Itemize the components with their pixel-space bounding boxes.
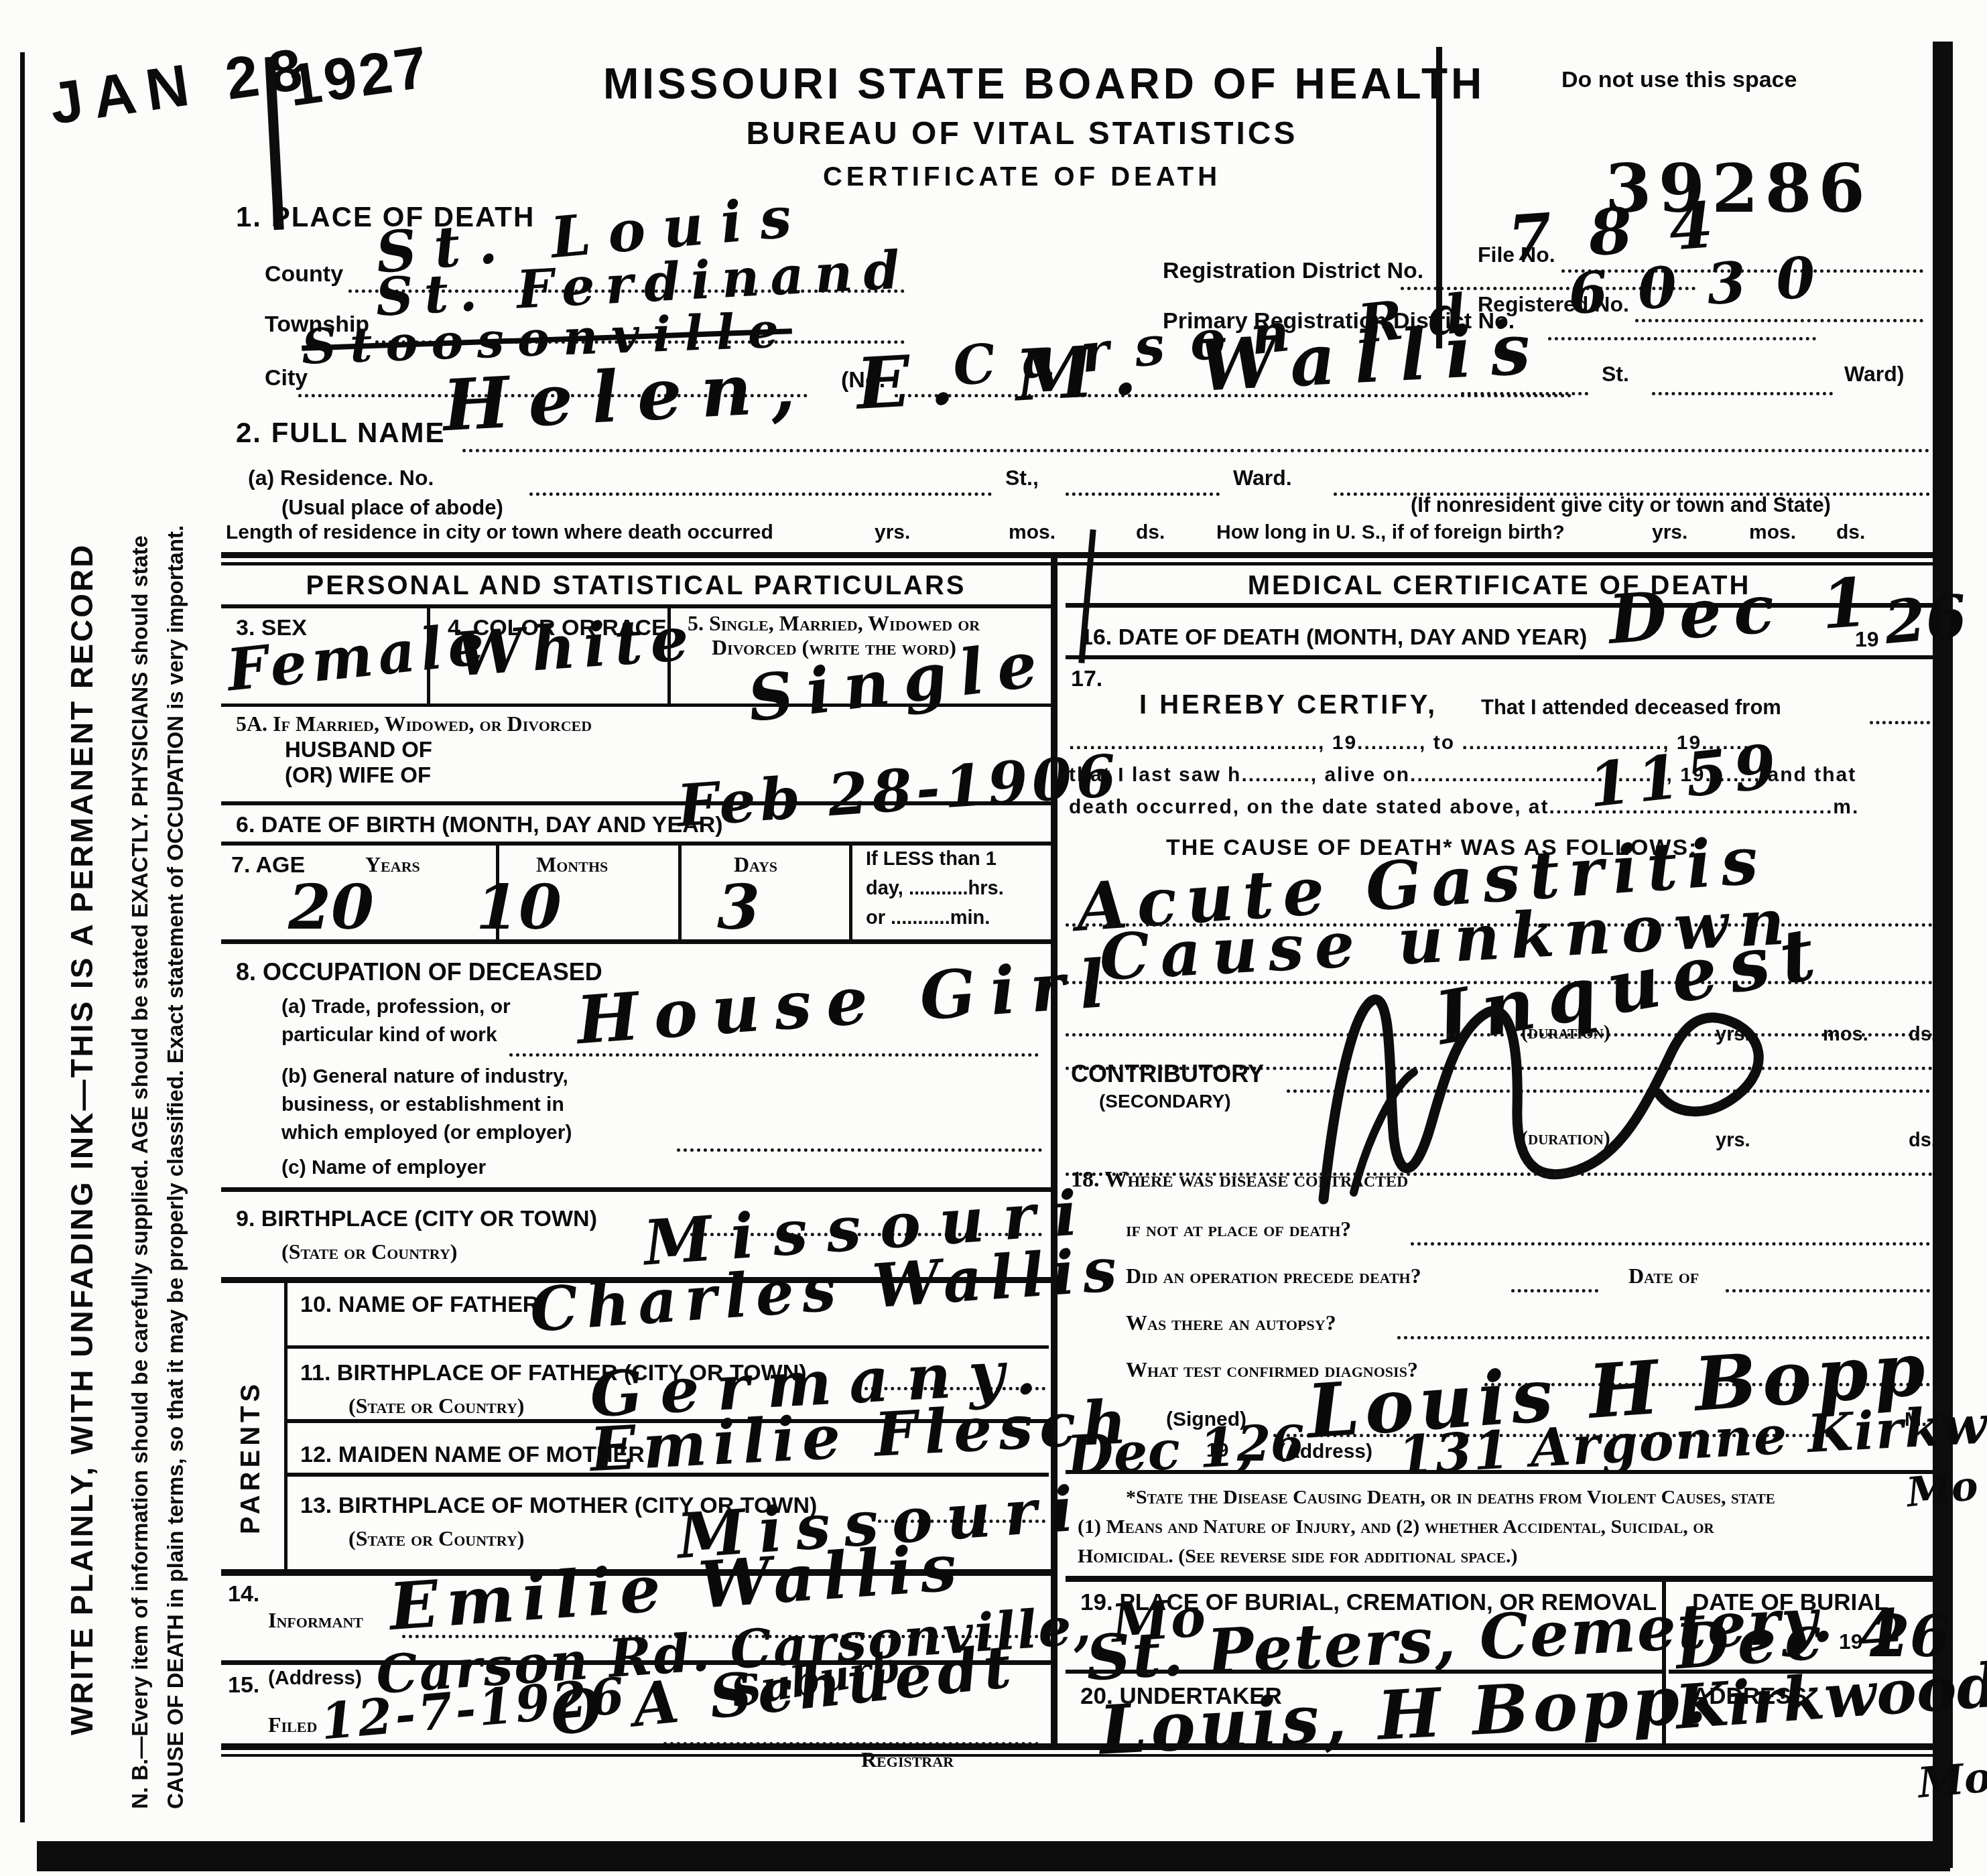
certify-rest-label: That I attended deceased from [1481, 695, 1781, 720]
death-certificate-scan: JAN 28 1927 WRITE PLAINLY, WITH UNFADING… [0, 0, 1987, 1876]
parents-vertical-label: PARENTS [236, 1380, 266, 1534]
length-mos-label: mos. [1009, 521, 1055, 544]
certify-line-1 [1870, 697, 1930, 724]
birthplace-label: 9. BIRTHPLACE (CITY OR TOWN) [236, 1206, 597, 1232]
document-type: CERTIFICATE OF DEATH [603, 162, 1441, 192]
industry-label-2: business, or establishment in [281, 1093, 564, 1116]
married-note-label: 5A. If Married, Widowed, or Divorced [236, 712, 592, 736]
reg-district-label: Registration District No. [1163, 258, 1423, 284]
corner-note: Do not use this space [1561, 67, 1797, 93]
filed-number: 15. [228, 1672, 259, 1698]
footnote-line-1: *State the Disease Causing Death, or in … [1126, 1486, 1775, 1509]
age-days-value: 3 [717, 871, 760, 943]
husband-of-label: HUSBAND OF [285, 737, 432, 762]
margin-instruction-nb: N. B.—Every item of information should b… [127, 535, 153, 1809]
certify-bold-label: I HEREBY CERTIFY, [1139, 690, 1437, 720]
wife-of-label: (OR) WIFE OF [285, 762, 431, 788]
form-bottom-rule-1 [221, 1743, 1933, 1750]
birthplace-state-label: (State or Country) [281, 1239, 457, 1264]
left-edge-rule [20, 52, 25, 1822]
disease-contracted-label: 18. Where was disease contracted [1071, 1167, 1408, 1193]
industry-label-1: (b) General nature of industry, [281, 1065, 568, 1088]
secondary-label: (SECONDARY) [1099, 1091, 1231, 1112]
length-ds-label: ds. [1136, 521, 1165, 544]
age-div-3 [849, 842, 852, 939]
marital-label-line1: 5. Single, Married, Widowed or [688, 611, 980, 636]
parents-box-rule [284, 1277, 287, 1569]
us-length-label: How long in U. S., if of foreign birth? [1216, 521, 1565, 544]
not-at-place-label: if not at place of death? [1126, 1217, 1351, 1242]
corner-st-label: St. [1602, 362, 1629, 387]
informant-address-label: (Address) [268, 1667, 362, 1690]
primary-reg-line [1548, 310, 1816, 340]
residence-st-label: St., [1005, 466, 1039, 490]
occupation-label: 8. OCCUPATION OF DECEASED [236, 958, 602, 986]
residence-line-2 [1066, 466, 1220, 496]
father-name-label: 10. NAME OF FATHER [300, 1292, 539, 1318]
form-bottom-rule-2 [221, 1754, 1933, 1757]
trade-label-2: particular kind of work [281, 1024, 497, 1047]
employer-label: (c) Name of employer [281, 1156, 486, 1179]
operation-date-line [1726, 1265, 1930, 1292]
mother-bottom-rule [284, 1473, 1049, 1477]
personal-section-title: PERSONAL AND STATISTICAL PARTICULARS [221, 571, 1051, 601]
burial-year-prefix: 19 [1839, 1629, 1863, 1654]
margin-instruction-cause: CAUSE OF DEATH in plain terms, so that i… [163, 525, 188, 1809]
length-residence-label: Length of residence in city or town wher… [226, 521, 773, 544]
footnote-bottom-rule [1066, 1576, 1933, 1582]
dod-bottom-rule [1066, 655, 1933, 659]
residence-line-3 [1334, 466, 1930, 496]
undertaker-state-value: Mo [1916, 1752, 1987, 1807]
us-mos-label: mos. [1749, 521, 1796, 544]
informant-label: Informant [268, 1608, 363, 1633]
dob-label: 6. DATE OF BIRTH (MONTH, DAY AND YEAR) [236, 812, 723, 838]
ward-leader-line [1652, 365, 1833, 395]
informant-number: 14. [228, 1581, 259, 1607]
signed-bottom-rule [1066, 1470, 1933, 1474]
item-17-number: 17. [1071, 666, 1102, 692]
contributory-label: CONTRIBUTORY [1071, 1060, 1264, 1088]
mother-birthplace-state-label: (State or Country) [348, 1526, 524, 1551]
margin-instruction-primary: WRITE PLAINLY, WITH UNFADING INK—THIS IS… [64, 543, 100, 1735]
registrar-label: Registrar [861, 1747, 954, 1772]
less-than-note-2: day, ...........hrs. [866, 878, 1004, 900]
trade-label-1: (a) Trade, profession, or [281, 996, 511, 1018]
residence-line-1 [529, 466, 992, 496]
sex-race-divider [427, 604, 430, 703]
industry-line [677, 1122, 1042, 1152]
age-div-2 [678, 842, 682, 939]
abode-note: (Usual place of abode) [281, 496, 503, 520]
autopsy-label: Was there an autopsy? [1126, 1311, 1336, 1335]
residence-ward-label: Ward. [1233, 466, 1292, 490]
signed-address-label: (Address) [1279, 1440, 1372, 1463]
us-ds-label: ds. [1836, 521, 1865, 544]
operation-label: Did an operation precede death? [1126, 1264, 1421, 1288]
dod-year-prefix: 19 [1855, 627, 1879, 652]
age-years-value: 20 [288, 871, 374, 943]
column-divider-rule [1051, 552, 1057, 1743]
footnote-line-3: Homicidal. (See reverse side for additio… [1078, 1545, 1517, 1568]
operation-line [1511, 1265, 1598, 1292]
trade-line [509, 1026, 1039, 1057]
length-yrs-label: yrs. [875, 521, 910, 544]
nonresident-note: (If nonresident give city or town and St… [1411, 493, 1831, 517]
residence-label: (a) Residence. No. [248, 466, 434, 490]
less-than-note-1: If LESS than 1 [866, 848, 997, 870]
age-bottom-rule [221, 939, 1051, 944]
row345-bottom-rule [221, 703, 1051, 707]
registrar-line [663, 1715, 1039, 1745]
race-marital-divider [667, 604, 671, 703]
page-subtitle: BUREAU OF VITAL STATISTICS [603, 115, 1441, 152]
full-name-label: 2. FULL NAME [236, 417, 446, 449]
less-than-note-3: or ...........min. [866, 907, 990, 929]
not-at-place-line [1411, 1218, 1930, 1246]
age-months-value: 10 [476, 871, 562, 943]
date-of-death-label: 16. DATE OF DEATH (MONTH, DAY AND YEAR) [1080, 624, 1587, 651]
dod-year-value: 26 [1882, 581, 1970, 657]
section-divider-rule-2 [221, 562, 1933, 565]
operation-date-label: Date of [1628, 1264, 1699, 1288]
page-title: MISSOURI STATE BOARD OF HEALTH [603, 59, 1441, 109]
father-birthplace-state-label: (State or Country) [348, 1394, 524, 1418]
section-divider-rule-1 [221, 552, 1933, 558]
footnote-line-2: (1) Means and Nature of Injury, and (2) … [1078, 1516, 1714, 1538]
us-yrs-label: yrs. [1652, 521, 1687, 544]
bottom-band [37, 1841, 1950, 1871]
industry-label-3: which employed (or employer) [281, 1122, 572, 1144]
filed-label: Filed [268, 1713, 317, 1737]
corner-ward-label: Ward) [1844, 362, 1904, 387]
signed-year-prefix: 19 [1206, 1439, 1228, 1462]
county-label: County [265, 261, 343, 287]
duration-label-2: (duration) [1521, 1127, 1610, 1150]
dob-bottom-rule [221, 842, 1051, 846]
right-edge-band [1933, 42, 1953, 1868]
full-name-line [462, 422, 1930, 452]
